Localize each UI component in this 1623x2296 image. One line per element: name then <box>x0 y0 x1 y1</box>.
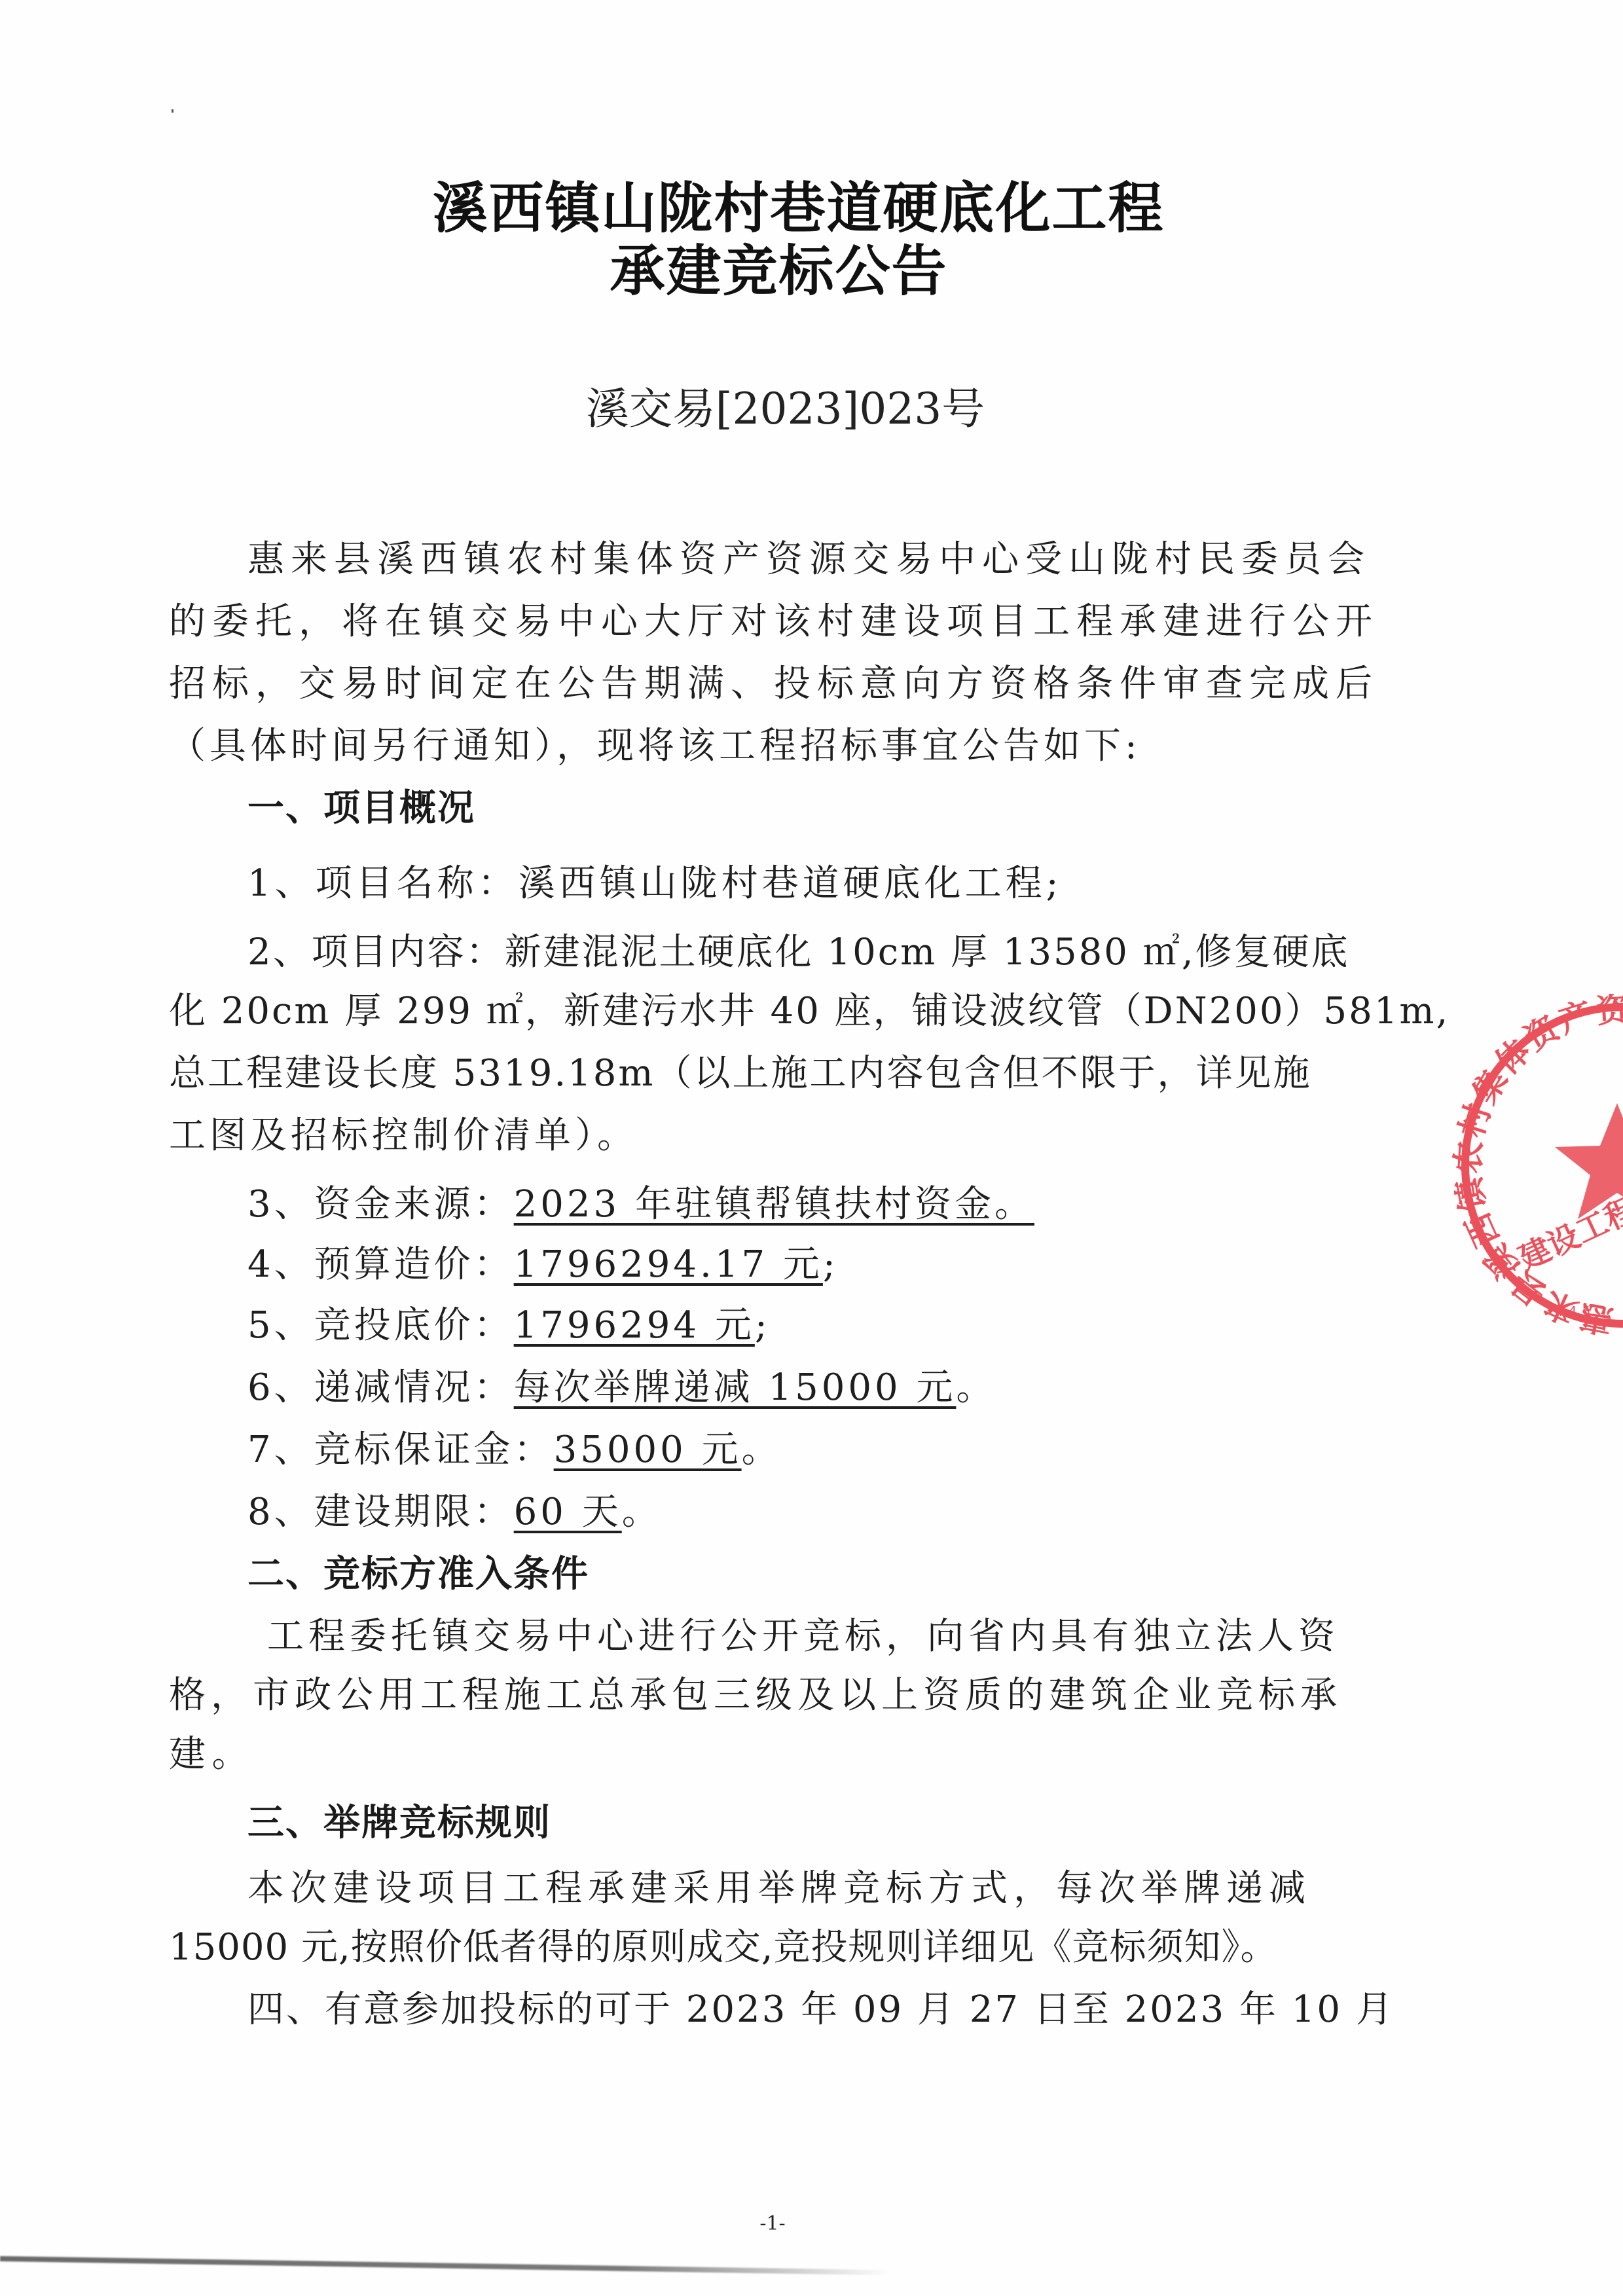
seal-code-text: 445 <box>1555 1303 1596 1319</box>
item-suffix: 。 <box>742 1429 782 1471</box>
requirements-line-2: 格，市政公用工程施工总承包三级及以上资质的建筑企业竞标承 <box>169 1673 1410 1719</box>
item-label: 4、预算造价： <box>247 1243 514 1286</box>
item-value: 溪西镇山陇村巷道硬底化工程; <box>519 862 1063 905</box>
item-value: 60 天 <box>514 1491 622 1533</box>
item-suffix: 。 <box>622 1491 662 1533</box>
scan-shadow-edge <box>0 2256 890 2275</box>
document-title-line2: 承建竞标公告 <box>0 238 1590 304</box>
official-seal-stamp: 惠来县溪西镇农村集体资产资源交易中心 建设工程 445 <box>1427 1002 1623 1329</box>
item-label: 2、项目内容： <box>247 931 505 974</box>
item-label: 8、建设期限： <box>247 1491 514 1533</box>
registration-period-line: 四、有意参加投标的可于 2023 年 09 月 27 日至 2023 年 10 … <box>247 1987 1410 2033</box>
requirements-line-3: 建。 <box>169 1732 1410 1777</box>
seal-bottom-text: 建设工程 <box>1513 1191 1623 1277</box>
document-number: 溪交易[2023]023号 <box>0 380 1597 439</box>
section-heading-bidder-requirements: 二、竞标方准入条件 <box>247 1552 589 1597</box>
item-suffix: ; <box>755 1304 771 1347</box>
item-project-content-cont-2: 总工程建设长度 5319.18m（以上施工内容包含但不限于，详见施 <box>169 1051 1410 1097</box>
scan-speck <box>172 109 173 113</box>
item-project-content-cont-3: 工图及招标控制价清单）。 <box>169 1113 1410 1159</box>
item-budget-cost: 4、预算造价：1796294.17 元; <box>247 1242 1410 1288</box>
item-label: 3、资金来源： <box>247 1183 514 1226</box>
intro-line-2: 的委托，将在镇交易中心大厅对该村建设项目工程承建进行公开 <box>169 599 1410 645</box>
item-label: 1、项目名称： <box>247 862 519 905</box>
item-value: 1796294.17 元 <box>514 1243 823 1286</box>
item-funding-source: 3、资金来源：2023 年驻镇帮镇扶村资金。 <box>247 1182 1410 1228</box>
rules-line-2: 15000 元,按照价低者得的原则成交,竞投规则详细见《竞标须知》。 <box>169 1925 1410 1971</box>
document-page: 溪西镇山陇村巷道硬底化工程 承建竞标公告 溪交易[2023]023号 惠来县溪西… <box>0 0 1623 2296</box>
item-decrement: 6、递减情况：每次举牌递减 15000 元。 <box>247 1365 1410 1411</box>
item-project-content-cont-1: 化 20cm 厚 299 ㎡，新建污水井 40 座，铺设波纹管（DN200）58… <box>169 989 1410 1034</box>
item-base-price: 5、竞投底价：1796294 元; <box>247 1303 1410 1349</box>
item-value: 35000 元 <box>554 1429 742 1471</box>
requirements-line-1: 工程委托镇交易中心进行公开竞标，向省内具有独立法人资 <box>267 1614 1410 1660</box>
item-suffix: ; <box>823 1243 839 1286</box>
item-label: 6、递减情况： <box>247 1366 514 1409</box>
document-title-line1: 溪西镇山陇村巷道硬底化工程 <box>0 175 1610 241</box>
item-value: 1796294 元 <box>514 1304 755 1347</box>
section-heading-project-overview: 一、项目概况 <box>247 786 475 831</box>
intro-line-3: 招标，交易时间定在公告期满、投标意向方资格条件审查完成后 <box>169 661 1410 707</box>
item-value: 2023 年驻镇帮镇扶村资金。 <box>514 1183 1034 1226</box>
intro-line-1: 惠来县溪西镇农村集体资产资源交易中心受山陇村民委员会 <box>247 537 1410 583</box>
item-project-content: 2、项目内容：新建混泥土硬底化 10cm 厚 13580 ㎡,修复硬底 <box>247 930 1410 975</box>
item-suffix: 。 <box>956 1366 996 1409</box>
item-label: 5、竞投底价： <box>247 1304 514 1347</box>
intro-line-4: （具体时间另行通知），现将该工程招标事宜公告如下: <box>169 723 1410 769</box>
item-label: 7、竞标保证金： <box>247 1429 554 1471</box>
rules-line-1: 本次建设项目工程承建采用举牌竞标方式，每次举牌递减 <box>247 1866 1410 1912</box>
page-number: -1- <box>753 2213 792 2235</box>
item-project-name: 1、项目名称：溪西镇山陇村巷道硬底化工程; <box>247 861 1410 907</box>
item-construction-period: 8、建设期限：60 天。 <box>247 1489 1410 1535</box>
item-deposit: 7、竞标保证金：35000 元。 <box>247 1427 1410 1473</box>
section-heading-bidding-rules: 三、举牌竞标规则 <box>247 1800 551 1846</box>
item-value: 每次举牌递减 15000 元 <box>514 1366 957 1409</box>
item-value: 新建混泥土硬底化 10cm 厚 13580 ㎡,修复硬底 <box>505 931 1350 974</box>
